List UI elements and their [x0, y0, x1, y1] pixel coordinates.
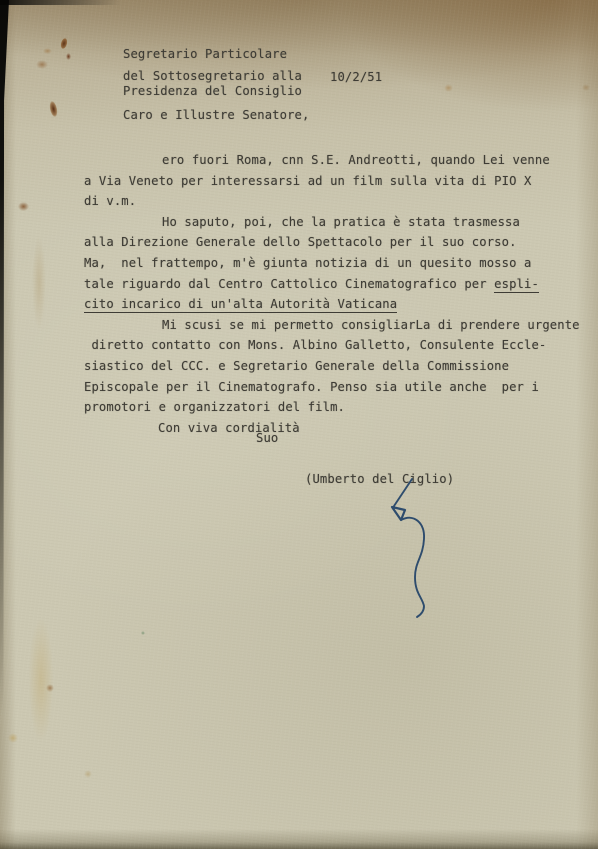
stain-spot	[43, 48, 52, 54]
letter-line: Episcopale per il Cinematografo. Penso s…	[84, 380, 564, 401]
scanned-letter-page: Segretario Particolare del Sottosegretar…	[0, 0, 598, 849]
stain-spot	[48, 100, 58, 117]
stain-spot	[18, 202, 29, 211]
salutation: Caro e Illustre Senatore,	[123, 108, 309, 122]
letter-line: Ho saputo, poi, che la pratica è stata t…	[84, 215, 564, 236]
closing-pronoun: Suo	[256, 431, 278, 445]
stain-spot	[8, 733, 18, 743]
letter-line: Ma, nel frattempo, m'è giunta notizia di…	[84, 256, 564, 277]
stain-spot	[582, 84, 590, 91]
handwritten-arrow-mark	[372, 468, 448, 624]
sender-line-2: del Sottosegretario alla	[123, 69, 302, 83]
stain-spot	[36, 60, 48, 69]
letter-line: di v.m.	[84, 194, 564, 215]
stain-spot	[84, 770, 92, 778]
letter-line: ero fuori Roma, cnn S.E. Andreotti, quan…	[84, 153, 564, 174]
stain-spot	[141, 631, 145, 635]
letter-line: alla Direzione Generale dello Spettacolo…	[84, 235, 564, 256]
stain-spot	[444, 84, 453, 92]
stain-spot	[66, 53, 71, 60]
letter-line: tale riguardo dal Centro Cattolico Cinem…	[84, 277, 564, 298]
underlined-text: cito incarico di un'alta Autorità Vatica…	[84, 297, 397, 313]
stain-streak	[32, 235, 46, 330]
letter-line: promotori e organizzatori del film.	[84, 400, 564, 421]
letter-line: diretto contatto con Mons. Albino Gallet…	[84, 338, 564, 359]
letter-body: ero fuori Roma, cnn S.E. Andreotti, quan…	[84, 153, 564, 441]
date: 10/2/51	[330, 70, 382, 84]
scan-edge-left	[0, 0, 9, 720]
letter-line: cito incarico di un'alta Autorità Vatica…	[84, 297, 564, 318]
letter-line: Con viva cordialità	[84, 421, 564, 442]
stain-spot	[46, 684, 54, 692]
stain-spot	[60, 37, 69, 49]
stain-streak	[28, 615, 54, 745]
sender-line-1: Segretario Particolare	[123, 47, 287, 61]
sender-line-3: Presidenza del Consiglio	[123, 84, 302, 98]
letter-line: siastico del CCC. e Segretario Generale …	[84, 359, 564, 380]
letter-line: Mi scusi se mi permetto consigliarLa di …	[84, 318, 564, 339]
signature-name: (Umberto del Ciglio)	[305, 472, 454, 486]
scan-edge-top	[0, 0, 120, 5]
underlined-text: espli-	[494, 277, 539, 293]
letter-line: a Via Veneto per interessarsi ad un film…	[84, 174, 564, 195]
